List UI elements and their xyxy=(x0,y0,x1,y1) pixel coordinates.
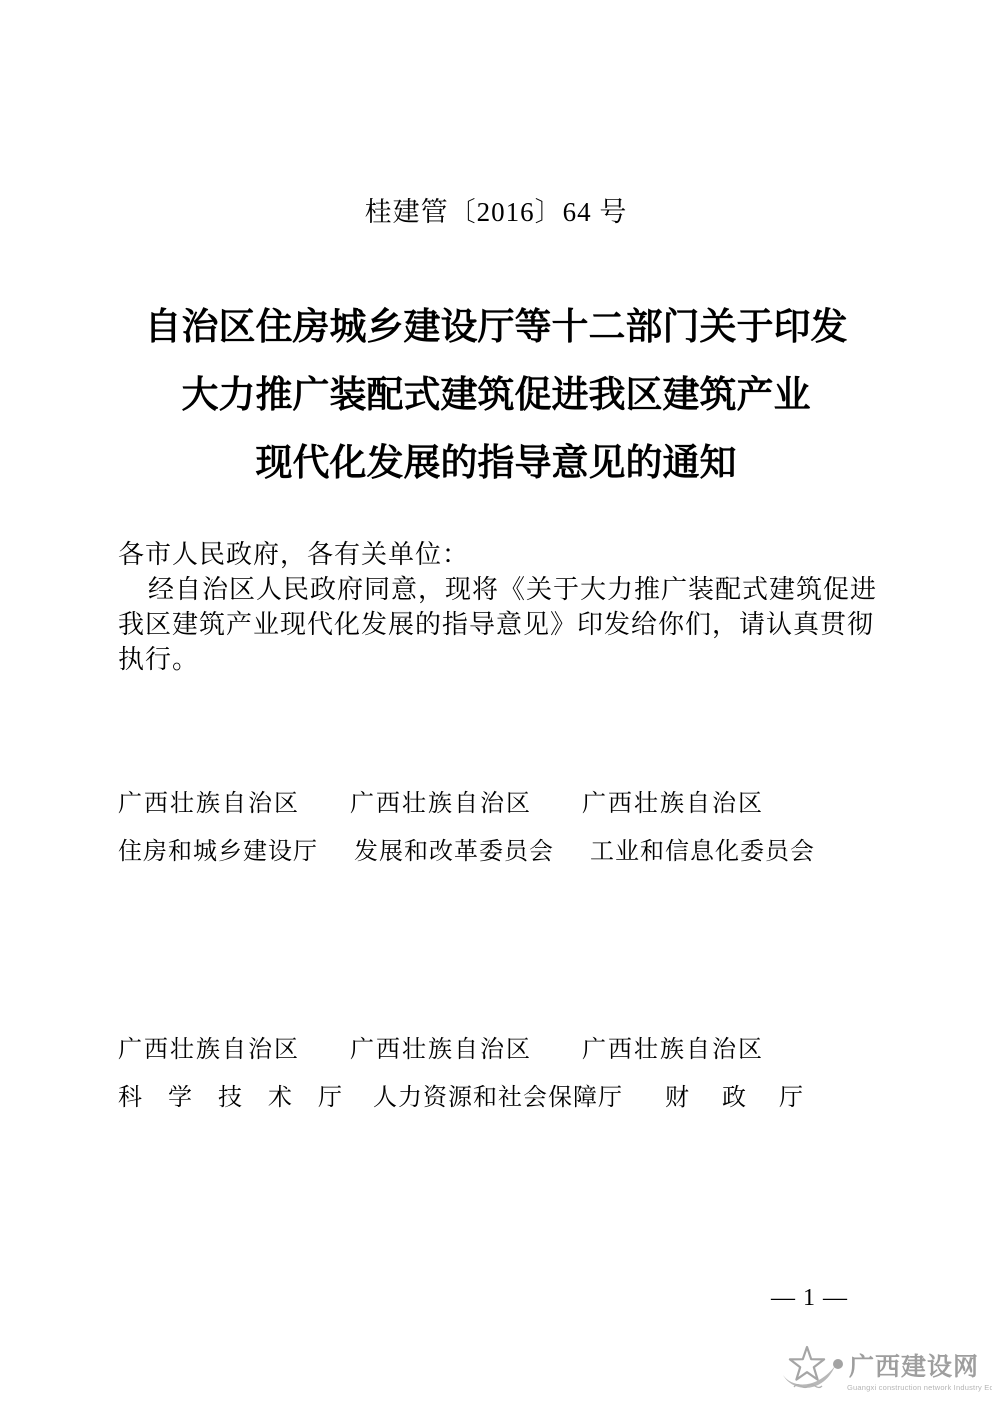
department-name: 财 政 厅 xyxy=(665,1074,804,1122)
watermark-site-name-en: Guangxi construction network Industry Ed… xyxy=(847,1383,992,1392)
signature-block-1: 广西壮族自治区 广西壮族自治区 广西壮族自治区 住房和城乡建设厅 发展和改革委员… xyxy=(118,780,815,876)
document-page: 桂建管〔2016〕64 号 自治区住房城乡建设厅等十二部门关于印发 大力推广装配… xyxy=(0,0,992,1403)
department-name: 发展和改革委员会 xyxy=(354,828,554,876)
body-line-2: 我区建筑产业现代化发展的指导意见》印发给你们，请认真贯彻 xyxy=(118,607,880,642)
title-line-2: 大力推广装配式建筑促进我区建筑产业 xyxy=(0,362,992,430)
department-name: 住房和城乡建设厅 xyxy=(118,828,318,876)
signature-regions-row-2: 广西壮族自治区 广西壮族自治区 广西壮族自治区 xyxy=(118,1026,804,1074)
region-name: 广西壮族自治区 xyxy=(350,780,532,828)
watermark-site-name: 广西建设网 xyxy=(849,1354,979,1382)
salutation: 各市人民政府，各有关单位： xyxy=(118,537,880,572)
doc-number: 桂建管〔2016〕64 号 xyxy=(0,196,992,228)
document-title: 自治区住房城乡建设厅等十二部门关于印发 大力推广装配式建筑促进我区建筑产业 现代… xyxy=(0,294,992,498)
title-line-3: 现代化发展的指导意见的通知 xyxy=(0,430,992,498)
department-name: 科 学 技 术 厅 xyxy=(118,1074,343,1122)
department-name: 工业和信息化委员会 xyxy=(590,828,815,876)
signature-regions-row-1: 广西壮族自治区 广西壮族自治区 广西壮族自治区 xyxy=(118,780,815,828)
body-line-3: 执行。 xyxy=(118,642,880,677)
watermark: 广西建设网 Guangxi construction network Indus… xyxy=(781,1342,986,1398)
region-name: 广西壮族自治区 xyxy=(118,780,300,828)
document-body: 各市人民政府，各有关单位： 经自治区人民政府同意，现将《关于大力推广装配式建筑促… xyxy=(118,537,880,677)
region-name: 广西壮族自治区 xyxy=(582,780,764,828)
signature-departments-row-2: 科 学 技 术 厅 人力资源和社会保障厅 财 政 厅 xyxy=(118,1074,804,1122)
region-name: 广西壮族自治区 xyxy=(118,1026,300,1074)
region-name: 广西壮族自治区 xyxy=(582,1026,764,1074)
region-name: 广西壮族自治区 xyxy=(350,1026,532,1074)
star-logo-icon xyxy=(781,1344,845,1396)
title-line-1: 自治区住房城乡建设厅等十二部门关于印发 xyxy=(0,294,992,362)
signature-departments-row-1: 住房和城乡建设厅 发展和改革委员会 工业和信息化委员会 xyxy=(118,828,815,876)
department-name: 人力资源和社会保障厅 xyxy=(373,1074,623,1122)
body-line-1: 经自治区人民政府同意，现将《关于大力推广装配式建筑促进 xyxy=(118,572,880,607)
signature-block-2: 广西壮族自治区 广西壮族自治区 广西壮族自治区 科 学 技 术 厅 人力资源和社… xyxy=(118,1026,804,1122)
page-number: — 1 — xyxy=(771,1285,848,1311)
